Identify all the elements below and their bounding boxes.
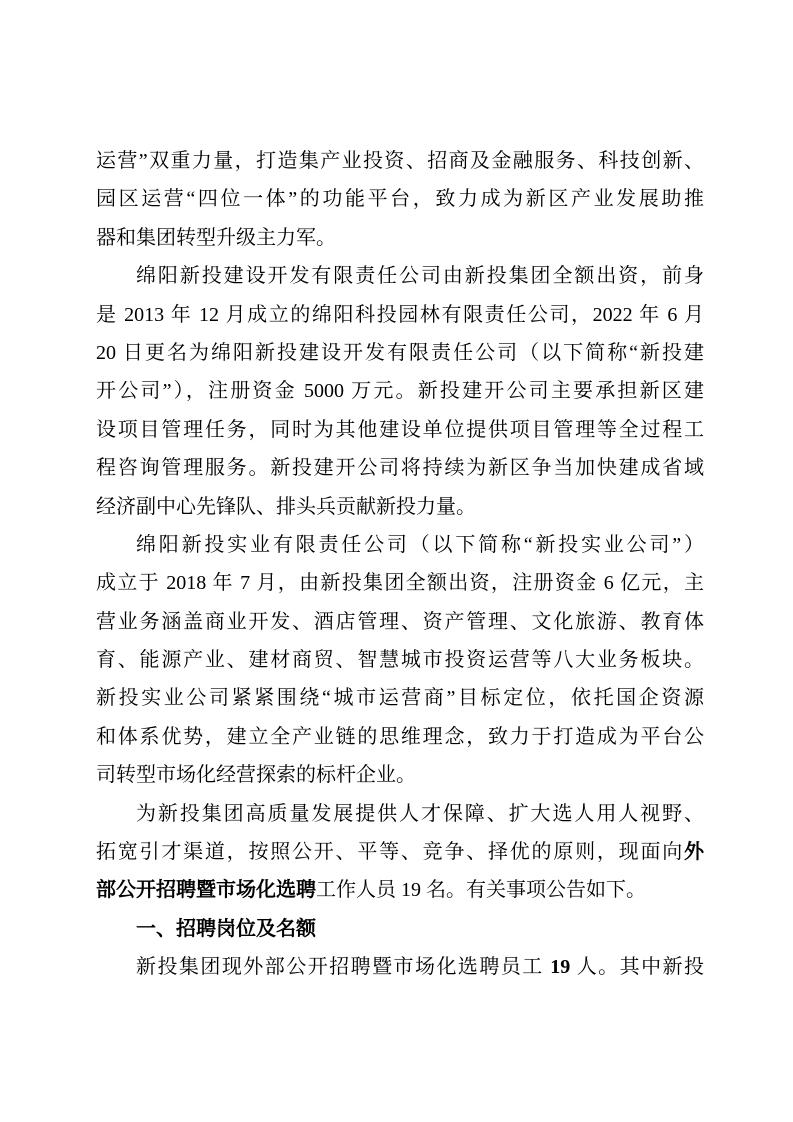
text-line: 园区运营“四位一体”的功能平台，致力成为新区产业发展助推 bbox=[96, 180, 704, 218]
text-run: 设项目管理任务，同时为其他建设单位提供项目管理等全过程工 bbox=[96, 419, 704, 441]
para-shiye-company: 绵阳新投实业有限责任公司（以下简称“新投实业公司”）成立于 2018 年 7 月… bbox=[96, 526, 704, 795]
text-run: 新投实业公司紧紧围绕“城市运营商”目标定位，依托国企资源 bbox=[96, 687, 704, 709]
text-line: 成立于 2018 年 7 月，由新投集团全额出资，注册资金 6 亿元，主 bbox=[96, 564, 704, 602]
text-line: 新投集团现外部公开招聘暨市场化选聘员工 19 人。其中新投 bbox=[96, 948, 704, 986]
bold-text-run: 部公开招聘暨市场化选聘 bbox=[96, 879, 316, 901]
bold-text-run: 外 bbox=[684, 841, 704, 863]
text-line: 经济副中心先锋队、排头兵贡献新投力量。 bbox=[96, 488, 704, 526]
section-heading-line: 一、招聘岗位及名额 bbox=[96, 910, 704, 948]
text-run: 绵阳新投建设开发有限责任公司由新投集团全额出资，前身 bbox=[136, 265, 704, 287]
text-run: 器和集团转型升级主力军。 bbox=[96, 227, 336, 249]
bold-text-run: 一、招聘岗位及名额 bbox=[136, 918, 316, 940]
text-run: 经济副中心先锋队、排头兵贡献新投力量。 bbox=[96, 496, 476, 518]
text-run: 成立于 2018 年 7 月，由新投集团全额出资，注册资金 6 亿元，主 bbox=[96, 572, 704, 594]
text-run: 运营”双重力量，打造集产业投资、招商及金融服务、科技创新、 bbox=[96, 150, 704, 172]
text-run: 育、能源产业、建材商贸、智慧城市投资运营等八大业务板块。 bbox=[96, 649, 704, 671]
text-line: 运营”双重力量，打造集产业投资、招商及金融服务、科技创新、 bbox=[96, 142, 704, 180]
text-run: 开公司”），注册资金 5000 万元。新投建开公司主要承担新区建 bbox=[96, 380, 704, 402]
bold-text-run: 19 bbox=[550, 956, 570, 978]
text-line: 和体系优势，建立全产业链的思维理念，致力于打造成为平台公 bbox=[96, 718, 704, 756]
document-body: 运营”双重力量，打造集产业投资、招商及金融服务、科技创新、园区运营“四位一体”的… bbox=[96, 142, 704, 987]
text-run: 为新投集团高质量发展提供人才保障、扩大选人用人视野、 bbox=[136, 803, 704, 825]
para-platform-continuation: 运营”双重力量，打造集产业投资、招商及金融服务、科技创新、园区运营“四位一体”的… bbox=[96, 142, 704, 257]
text-line: 拓宽引才渠道，按照公开、平等、竞争、择优的原则，现面向外 bbox=[96, 833, 704, 871]
text-line: 司转型市场化经营探索的标杆企业。 bbox=[96, 756, 704, 794]
para-recruitment-intro: 为新投集团高质量发展提供人才保障、扩大选人用人视野、拓宽引才渠道，按照公开、平等… bbox=[96, 795, 704, 910]
text-line: 绵阳新投实业有限责任公司（以下简称“新投实业公司”） bbox=[96, 526, 704, 564]
text-line: 器和集团转型升级主力军。 bbox=[96, 219, 704, 257]
text-run: 司转型市场化经营探索的标杆企业。 bbox=[96, 764, 416, 786]
document-page: 运营”双重力量，打造集产业投资、招商及金融服务、科技创新、园区运营“四位一体”的… bbox=[0, 0, 793, 1122]
text-run: 和体系优势，建立全产业链的思维理念，致力于打造成为平台公 bbox=[96, 726, 704, 748]
text-run: 新投集团现外部公开招聘暨市场化选聘员工 bbox=[136, 956, 550, 978]
para-recruitment-count: 新投集团现外部公开招聘暨市场化选聘员工 19 人。其中新投 bbox=[96, 948, 704, 986]
text-run: 人。其中新投 bbox=[570, 956, 704, 978]
text-run: 是 2013 年 12 月成立的绵阳科投园林有限责任公司，2022 年 6 月 bbox=[96, 304, 704, 326]
para-jiankai-company: 绵阳新投建设开发有限责任公司由新投集团全额出资，前身是 2013 年 12 月成… bbox=[96, 257, 704, 526]
text-line: 绵阳新投建设开发有限责任公司由新投集团全额出资，前身 bbox=[96, 257, 704, 295]
text-line: 开公司”），注册资金 5000 万元。新投建开公司主要承担新区建 bbox=[96, 372, 704, 410]
text-line: 20 日更名为绵阳新投建设开发有限责任公司（以下简称“新投建 bbox=[96, 334, 704, 372]
text-line: 营业务涵盖商业开发、酒店管理、资产管理、文化旅游、教育体 bbox=[96, 603, 704, 641]
text-run: 绵阳新投实业有限责任公司（以下简称“新投实业公司”） bbox=[136, 534, 704, 556]
text-run: 工作人员 19 名。有关事项公告如下。 bbox=[316, 879, 646, 901]
text-line: 育、能源产业、建材商贸、智慧城市投资运营等八大业务板块。 bbox=[96, 641, 704, 679]
text-run: 营业务涵盖商业开发、酒店管理、资产管理、文化旅游、教育体 bbox=[96, 611, 704, 633]
text-line: 是 2013 年 12 月成立的绵阳科投园林有限责任公司，2022 年 6 月 bbox=[96, 296, 704, 334]
text-line: 新投实业公司紧紧围绕“城市运营商”目标定位，依托国企资源 bbox=[96, 679, 704, 717]
heading-recruitment-positions: 一、招聘岗位及名额 bbox=[96, 910, 704, 948]
text-run: 园区运营“四位一体”的功能平台，致力成为新区产业发展助推 bbox=[96, 188, 704, 210]
text-run: 拓宽引才渠道，按照公开、平等、竞争、择优的原则，现面向 bbox=[96, 841, 684, 863]
text-line: 为新投集团高质量发展提供人才保障、扩大选人用人视野、 bbox=[96, 795, 704, 833]
text-line: 设项目管理任务，同时为其他建设单位提供项目管理等全过程工 bbox=[96, 411, 704, 449]
text-run: 程咨询管理服务。新投建开公司将持续为新区争当加快建成省域 bbox=[96, 457, 704, 479]
text-run: 20 日更名为绵阳新投建设开发有限责任公司（以下简称“新投建 bbox=[96, 342, 704, 364]
text-line: 程咨询管理服务。新投建开公司将持续为新区争当加快建成省域 bbox=[96, 449, 704, 487]
text-line: 部公开招聘暨市场化选聘工作人员 19 名。有关事项公告如下。 bbox=[96, 871, 704, 909]
